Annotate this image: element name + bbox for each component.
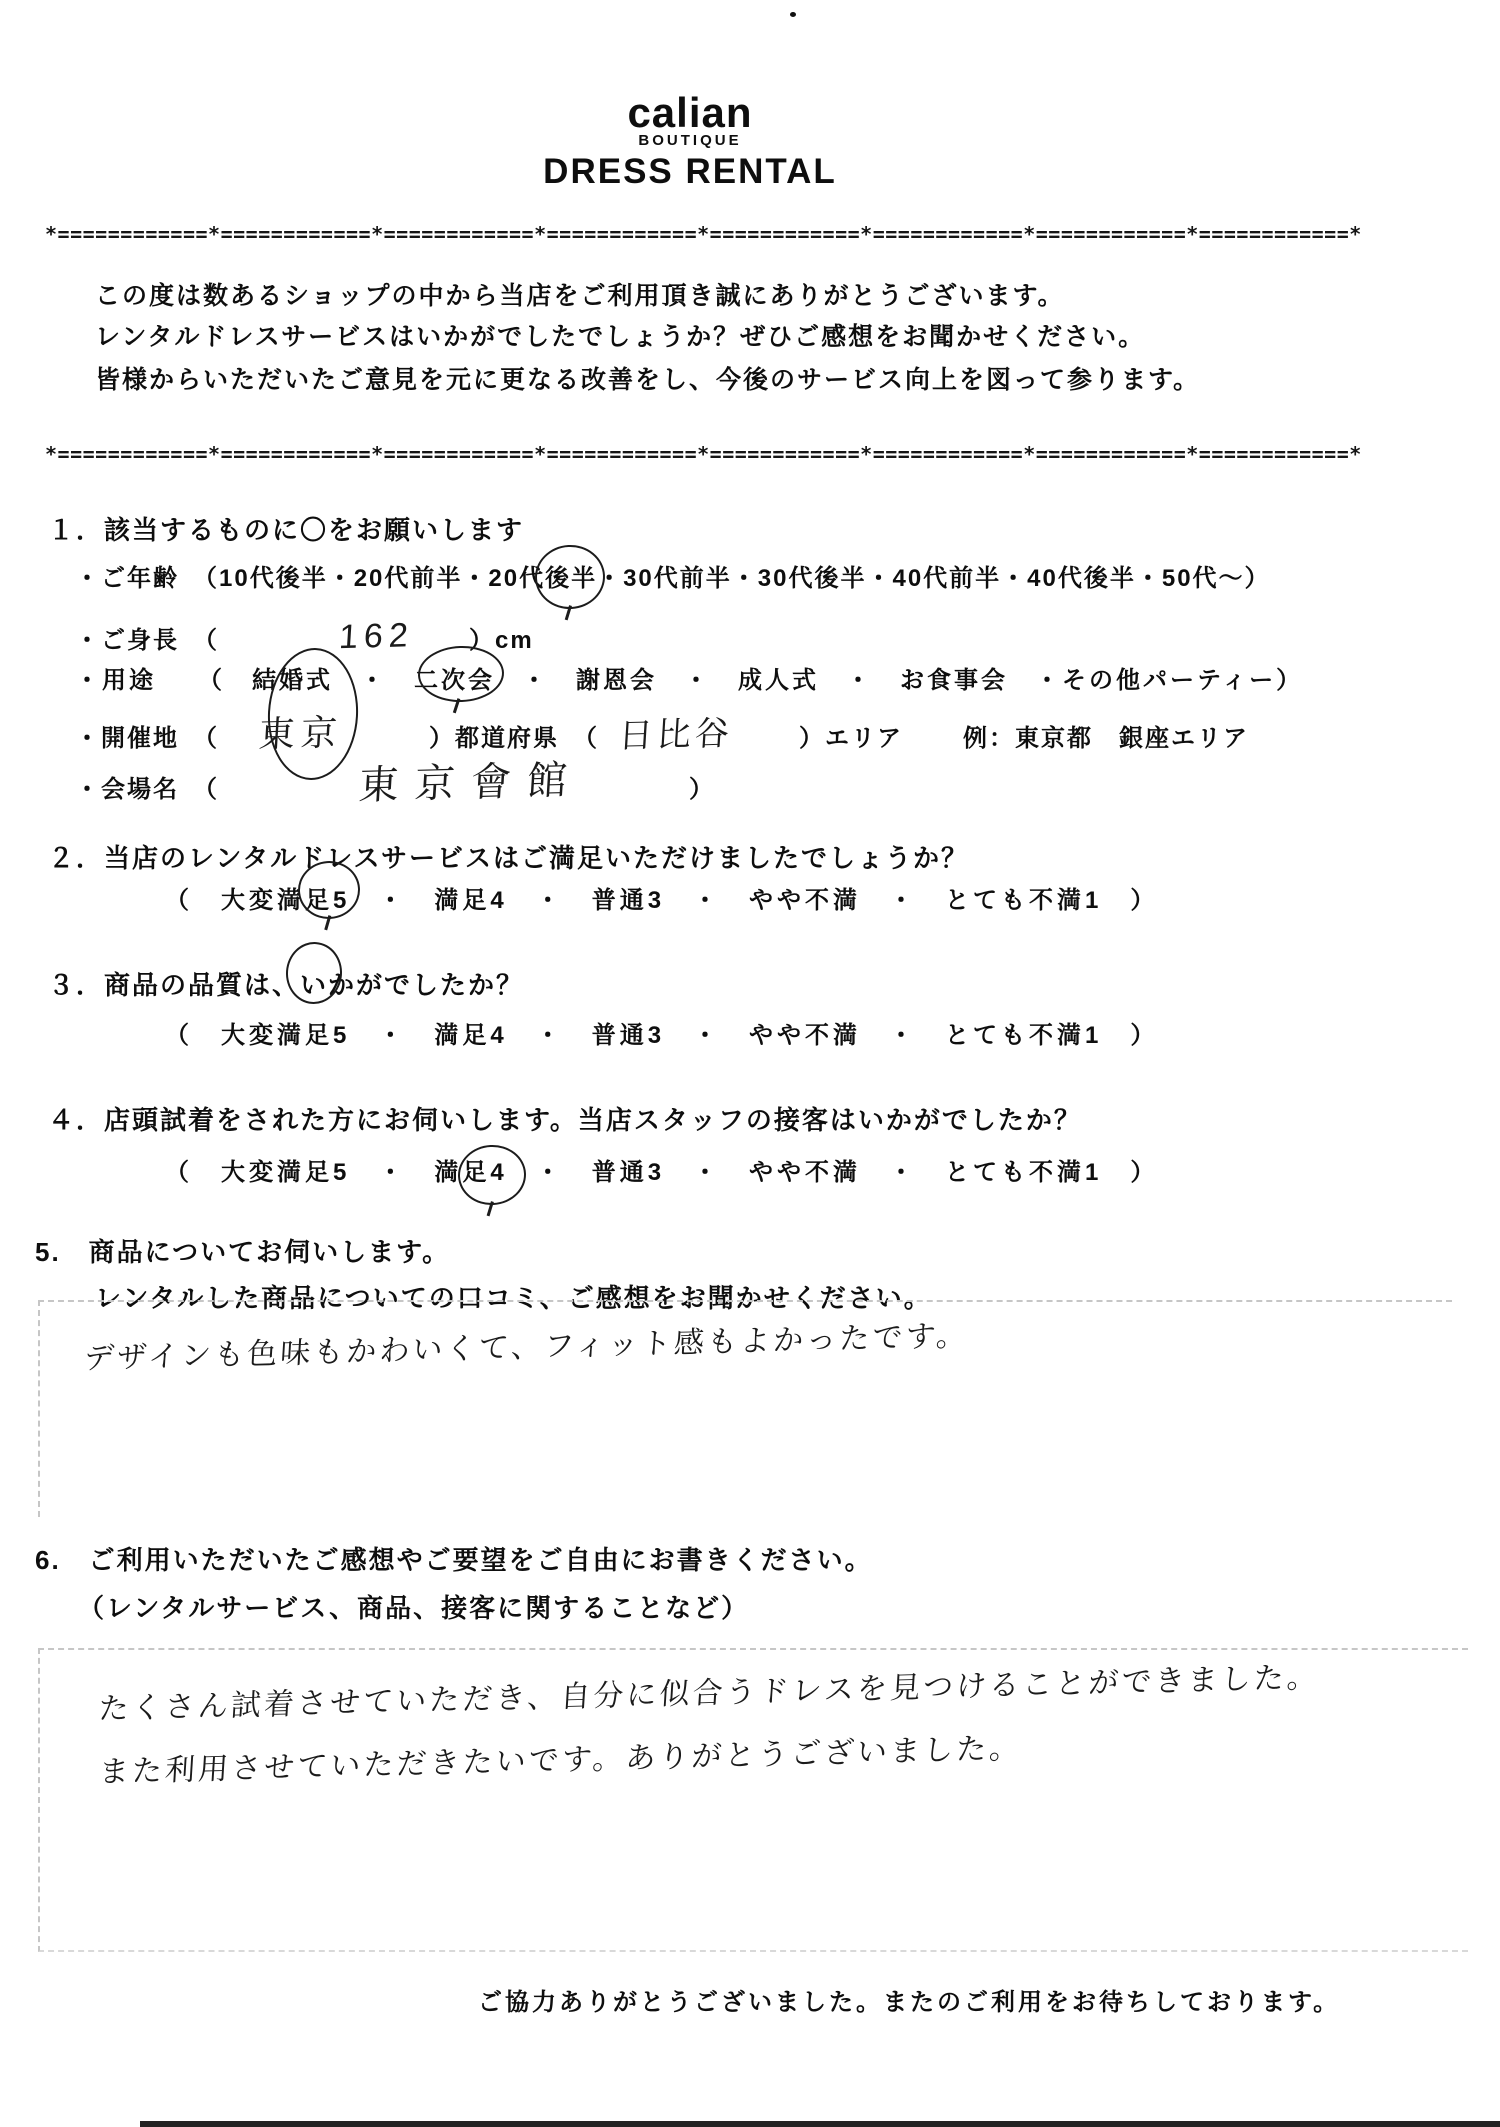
area-answer-slot: 日比谷 — [599, 707, 799, 756]
area-handwritten-answer: 日比谷 — [607, 705, 734, 757]
question2-heading: ２．当店のレンタルドレスサービスはご満足いただけましたでしょうか？ — [48, 838, 969, 875]
divider-line-top: *============*============*============*… — [45, 222, 1365, 246]
brand-logo: calian — [0, 96, 1380, 130]
age-circled-answer-mark — [533, 543, 606, 611]
venue-row: ・会場名 （東京會館） — [75, 752, 715, 809]
question4-heading: ４．店頭試着をされた方にお伺いします。当店スタッフの接客はいかがでしたか？ — [48, 1100, 1082, 1137]
footer-thanks-text: ご協力ありがとうございました。またのご利用をお待ちしております。 — [478, 1982, 1340, 2017]
brand-subtitle: BOUTIQUE — [0, 130, 1380, 152]
question3-rating-options: （ 大変満足5 ・ 満足4 ・ 普通3 ・ やや不満 ・ とても不満1 ） — [165, 1015, 1158, 1050]
scanned-survey-page: calian BOUTIQUE DRESS RENTAL *==========… — [0, 0, 1500, 2127]
question1-heading: １．該当するものに〇をお願いします — [48, 510, 524, 547]
venue-close-paren: ） — [689, 776, 715, 803]
prefecture-handwritten-answer: 東京 — [237, 705, 344, 759]
place-example-text: 例：東京都 銀座エリア — [963, 725, 1249, 752]
venue-label: ・会場名 （ — [75, 776, 219, 803]
age-options-row: ・ご年齢 （10代後半・20代前半・20代後半・30代前半・30代後半・40代前… — [75, 558, 1271, 593]
venue-answer-slot: 東京會館 — [219, 752, 689, 809]
intro-line-2: レンタルドレスサービスはいかがでしたでしょうか？ぜひご感想をお聞かせください。 — [95, 317, 1145, 353]
question6-heading: 6. ご利用いただいたご感想やご要望をご自由にお書きください。 — [35, 1540, 873, 1577]
intro-line-1: この度は数あるショップの中から当店をご利用頂き誠にありがとうございます。 — [95, 276, 1065, 312]
divider-line-bottom: *============*============*============*… — [45, 442, 1365, 466]
intro-line-3: 皆様からいただいたご意見を元に更なる改善をし、今後のサービス向上を図って参ります… — [95, 360, 1200, 396]
place-label: ・開催地 （ — [75, 725, 219, 752]
height-answer-slot: 162 — [219, 618, 469, 657]
scan-artifact-bottom-edge — [140, 2121, 1500, 2127]
document-title: DRESS RENTAL — [0, 152, 1380, 192]
place-area-label: ）エリア — [799, 725, 903, 752]
question5-heading: 5. 商品についてお伺いします。 — [35, 1232, 450, 1269]
prefecture-answer-slot: 東京 — [219, 706, 429, 757]
purpose-options-row: ・用途 （ 結婚式 ・ 二次会 ・ 謝恩会 ・ 成人式 ・ お食事会 ・その他パ… — [75, 660, 1303, 695]
scan-artifact-dot — [790, 12, 796, 17]
question6-subtitle: （レンタルサービス、商品、接客に関することなど） — [78, 1588, 749, 1625]
question4-rating-options: （ 大変満足5 ・ 満足4 ・ 普通3 ・ やや不満 ・ とても不満1 ） — [165, 1152, 1158, 1187]
height-label: ・ご身長 （ — [75, 627, 219, 654]
venue-handwritten-answer: 東京會館 — [287, 748, 585, 813]
brand-header: calian BOUTIQUE DRESS RENTAL — [0, 96, 1380, 192]
place-row: ・開催地 （東京）都道府県 （日比谷）エリア例：東京都 銀座エリア — [75, 706, 1249, 757]
